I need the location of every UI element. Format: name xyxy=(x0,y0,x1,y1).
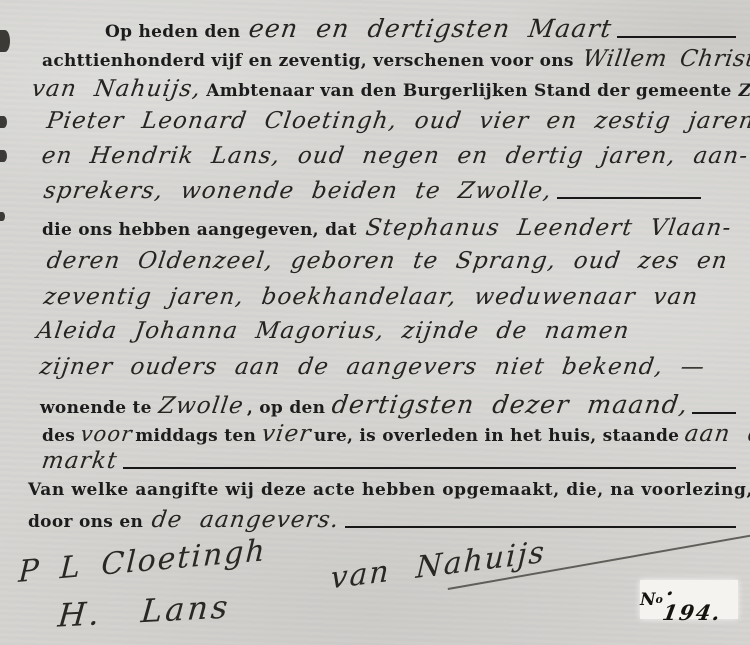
printed-text: ure, is overleden in het huis, staande xyxy=(314,426,679,446)
signature-lans: H. Lans xyxy=(56,587,232,634)
signature-nahuijs: van Nahuijs xyxy=(330,535,547,597)
act-line-5: en Hendrik Lans, oud negen en dertig jar… xyxy=(40,143,736,169)
handwritten-address-2: markt xyxy=(40,448,119,474)
printed-text: , op den xyxy=(247,398,325,418)
fill-rule xyxy=(557,197,701,199)
handwritten-daypart: voor xyxy=(79,422,134,446)
act-line-12: wonende te Zwolle , op den dertigsten de… xyxy=(40,390,736,419)
numero-superscript: o xyxy=(656,593,663,606)
printed-text: Ambtenaar van den Burgerlijken Stand der… xyxy=(206,81,731,101)
handwritten-hour: vier xyxy=(260,421,313,447)
fill-rule xyxy=(617,36,736,38)
act-line-4: Pieter Leonard Cloetingh, oud vier en ze… xyxy=(45,108,736,134)
act-line-10: Aleida Johanna Magorius, zijnde de namen xyxy=(35,318,736,344)
printed-text: achttienhonderd vijf en zeventig, versch… xyxy=(42,51,574,71)
handwritten-residence: Zwolle xyxy=(157,393,246,419)
act-line-3: van Nahuijs, Ambtenaar van den Burgerlij… xyxy=(30,76,736,102)
handwritten-death-date: dertigsten dezer maand, xyxy=(330,390,690,419)
printed-text: middags ten xyxy=(135,426,256,446)
act-line-9: zeventig jaren, boekhandelaar, weduwenaa… xyxy=(42,284,736,310)
printed-municipality: Zwolle, xyxy=(739,81,750,101)
printed-text: door ons en xyxy=(28,512,143,532)
handwritten-declarants-residence: sprekers, wonende beiden te Zwolle, xyxy=(42,178,554,204)
fill-rule xyxy=(123,467,736,469)
act-line-1: Op heden den een en dertigsten Maart xyxy=(105,14,736,43)
act-line-14: markt xyxy=(40,448,736,474)
act-line-8: deren Oldenzeel, geboren te Sprang, oud … xyxy=(45,248,736,274)
printed-closing-text: Van welke aangifte wij deze acte hebben … xyxy=(28,480,750,500)
handwritten-date: een en dertigsten Maart xyxy=(247,14,614,43)
handwritten-deceased-details: deren Oldenzeel, geboren te Sprang, oud … xyxy=(45,248,730,274)
act-line-2: achttienhonderd vijf en zeventig, versch… xyxy=(42,46,736,72)
act-line-11: zijner ouders aan de aangevers niet beke… xyxy=(38,354,736,380)
handwritten-parents-unknown: zijner ouders aan de aangevers niet beke… xyxy=(38,354,707,380)
act-line-15: Van welke aangifte wij deze acte hebben … xyxy=(28,480,736,500)
handwritten-deceased-name: Stephanus Leendert Vlaan- xyxy=(364,215,733,241)
fill-rule xyxy=(692,412,736,414)
death-record-scan: Op heden den een en dertigsten Maart ach… xyxy=(0,0,750,645)
signature-cloetingh: P L Cloetingh xyxy=(18,533,268,590)
handwritten-widow-name: Aleida Johanna Magorius, zijnde de namen xyxy=(35,318,631,344)
ink-blot xyxy=(0,30,10,52)
act-number-value: . 194. xyxy=(660,575,742,625)
fill-rule xyxy=(345,526,736,528)
printed-text: Op heden den xyxy=(105,22,240,42)
act-line-7: die ons hebben aangegeven, dat Stephanus… xyxy=(42,215,736,241)
numero-label: N xyxy=(640,590,656,610)
handwritten-declarant-1: Pieter Leonard Cloetingh, oud vier en ze… xyxy=(45,108,750,134)
ink-blot xyxy=(0,116,7,128)
printed-text: des xyxy=(42,426,75,446)
act-number-box: No. 194. xyxy=(640,580,738,619)
ink-blot xyxy=(0,150,7,162)
act-line-6: sprekers, wonende beiden te Zwolle, xyxy=(42,178,736,204)
handwritten-registrar-name: Willem Christiaan Theodorus xyxy=(581,46,750,72)
ink-blot xyxy=(0,212,5,221)
act-line-13: des voor middags ten vier ure, is overle… xyxy=(42,421,736,447)
printed-text: wonende te xyxy=(40,398,152,418)
printed-text: die ons hebben aangegeven, dat xyxy=(42,220,357,240)
handwritten-declarant-2: en Hendrik Lans, oud negen en dertig jar… xyxy=(40,143,750,169)
handwritten-deceased-occupation: zeventig jaren, boekhandelaar, weduwenaa… xyxy=(42,284,700,310)
handwritten-registrar-surname: van Nahuijs, xyxy=(30,76,203,102)
act-line-16: door ons en de aangevers. xyxy=(28,507,736,533)
handwritten-address-1: aan de Blij- xyxy=(683,421,750,447)
handwritten-signatories: de aangevers. xyxy=(150,507,341,533)
